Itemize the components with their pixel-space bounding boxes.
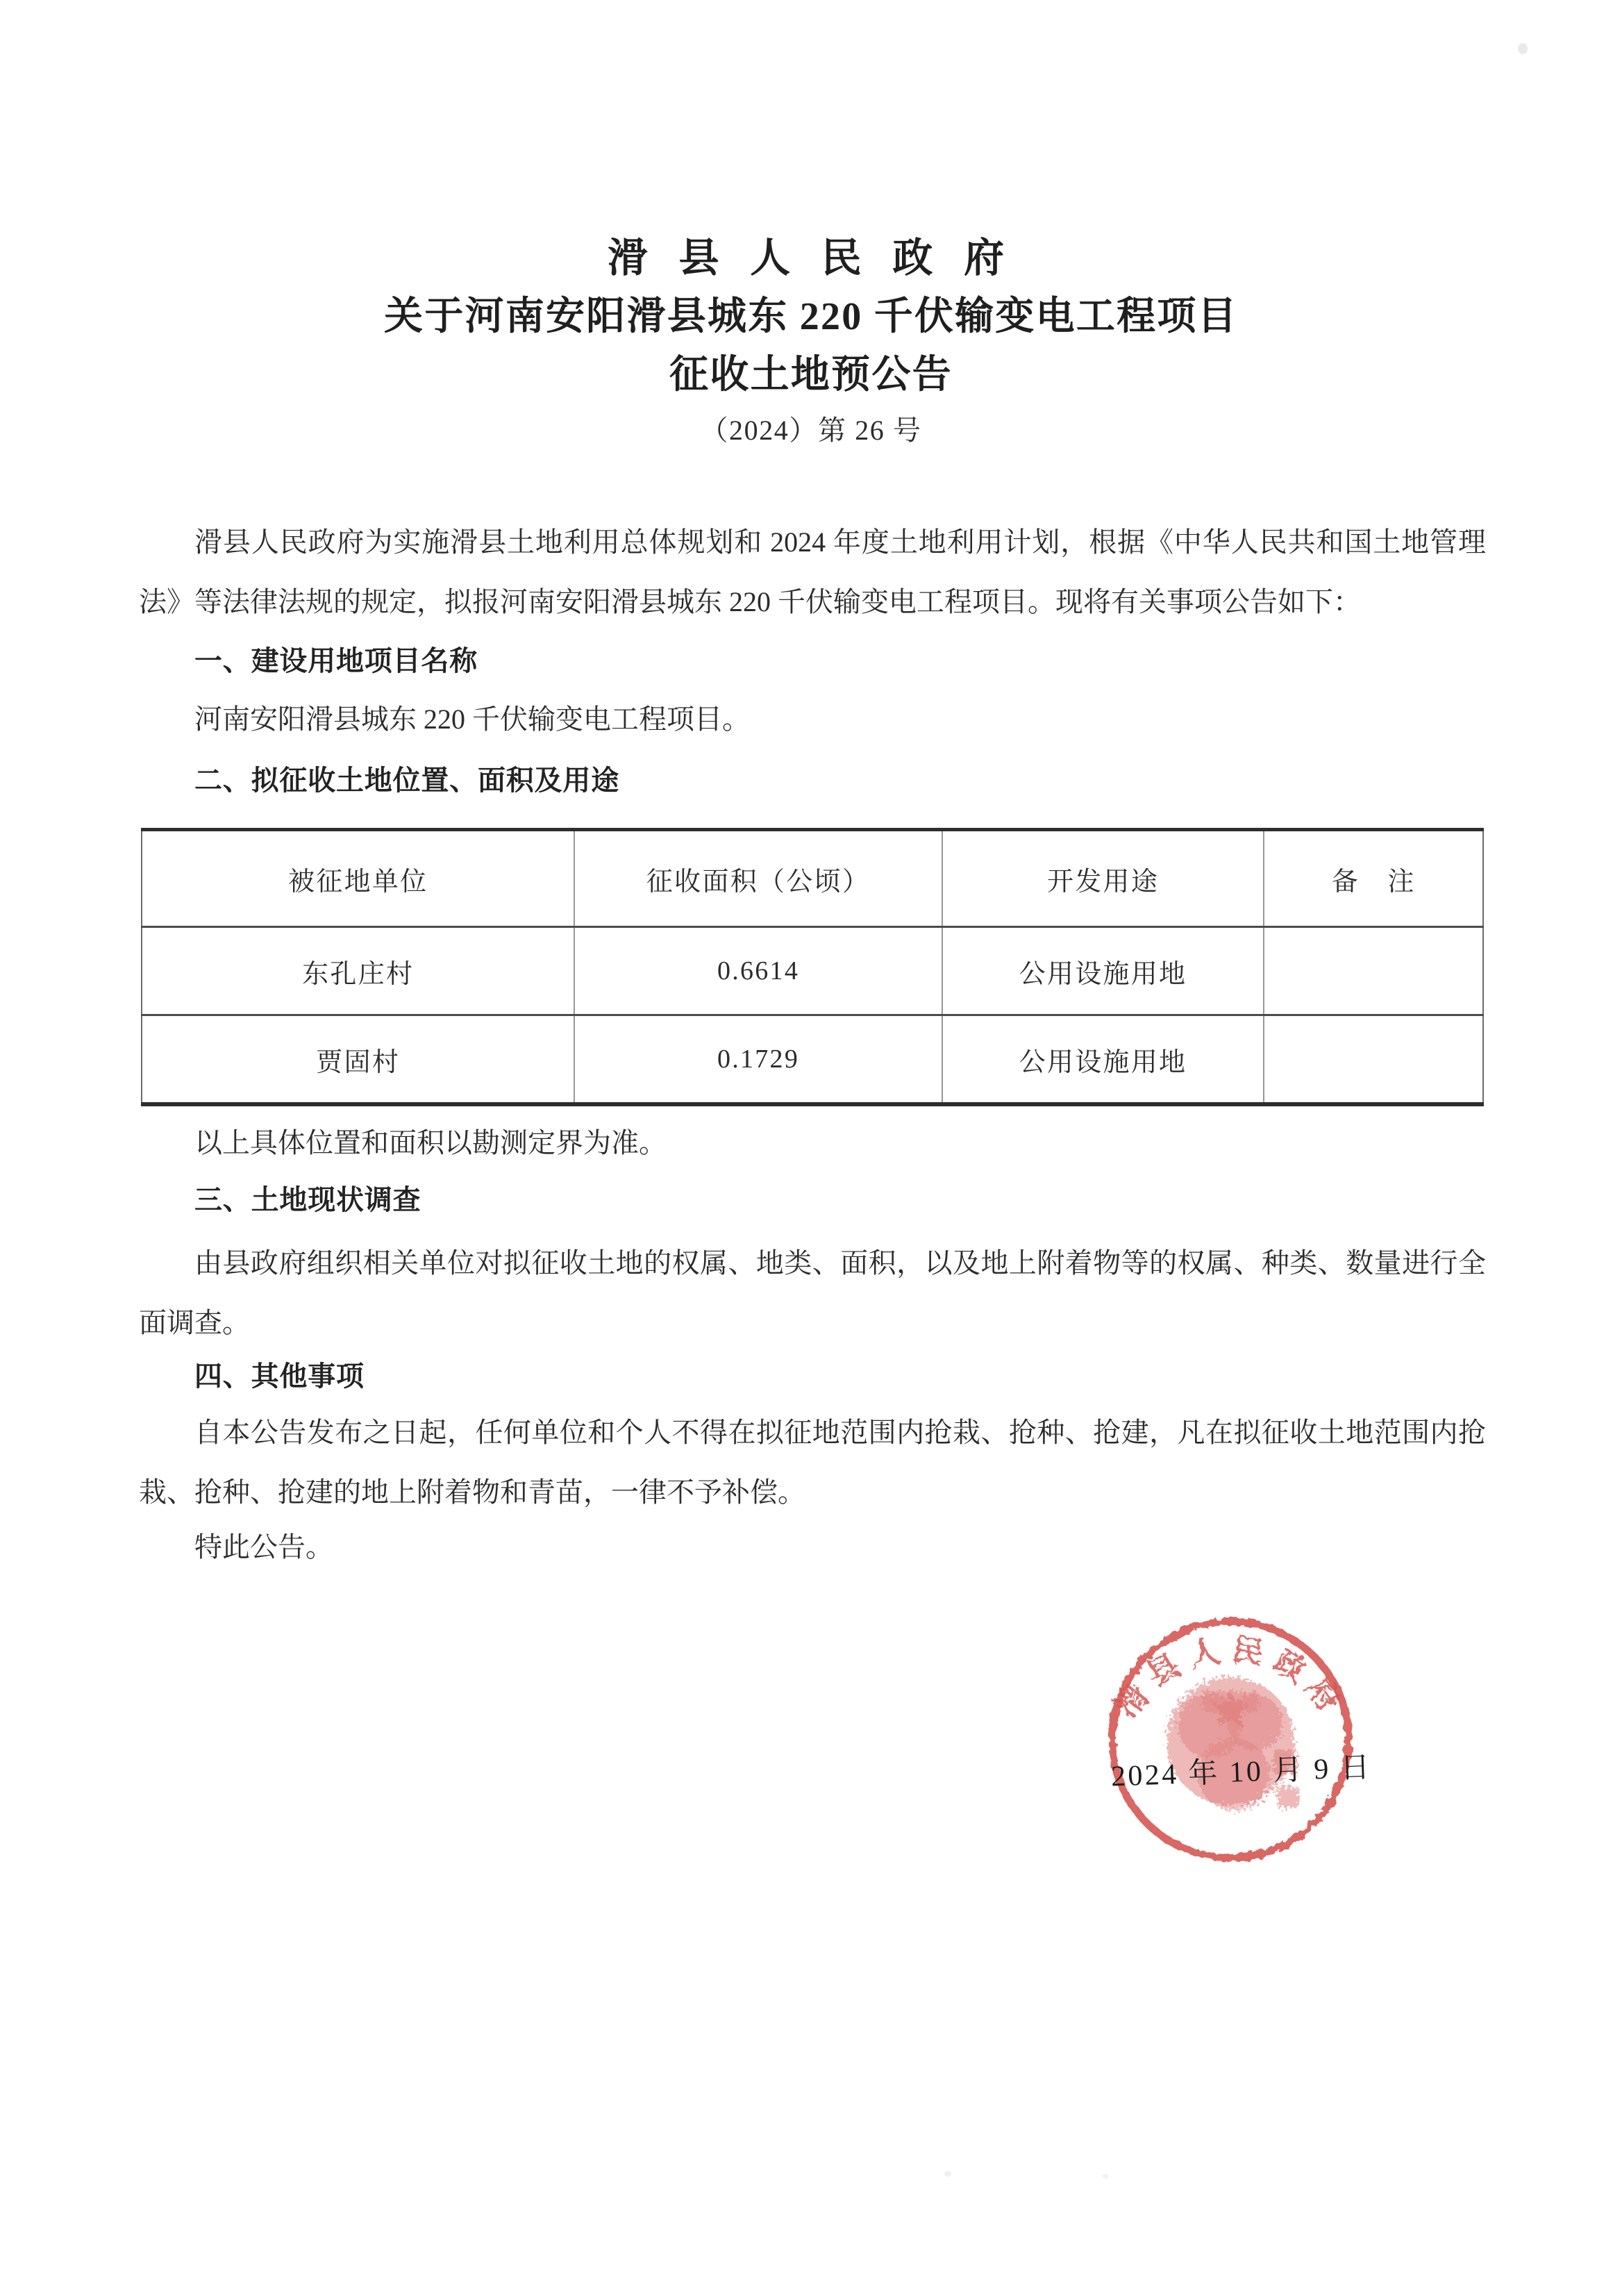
section-1-body: 河南安阳滑县城东 220 千伏输变电工程项目。 [139,700,1486,739]
table-note: 以上具体位置和面积以勘测定界为准。 [139,1124,1486,1163]
header-cell-unit: 被征地单位 [142,830,574,927]
document-title-block: 滑 县 人 民 政 府 关于河南安阳滑县城东 220 千伏输变电工程项目 征收土… [0,229,1622,404]
title-line-government: 滑 县 人 民 政 府 [0,229,1622,288]
table-row: 东孔庄村 0.6614 公用设施用地 [142,927,1483,1015]
scan-speck [1103,2174,1108,2179]
cell-usage: 公用设施用地 [942,927,1264,1015]
section-1-heading: 一、建设用地项目名称 [139,642,1486,681]
header-cell-area: 征收面积（公顷） [574,830,942,927]
cell-village: 贾固村 [142,1015,574,1105]
section-2-heading: 二、拟征收土地位置、面积及用途 [139,761,1486,800]
closing-statement: 特此公告。 [139,1528,1486,1567]
cell-remarks [1264,1015,1483,1105]
intro-paragraph: 滑县人民政府为实施滑县土地利用总体规划和 2024 年度土地利用计划，根据《中华… [139,513,1486,632]
cell-area: 0.6614 [574,927,942,1015]
seal-graphic: 滑县人民政府 [1108,1622,1352,1858]
cell-usage: 公用设施用地 [942,1015,1264,1105]
section-4-body: 自本公告发布之日起，任何单位和个人不得在拟征地范围内抢栽、抢种、抢建，凡在拟征收… [139,1403,1486,1522]
title-line-notice: 征收土地预公告 [0,346,1622,404]
scan-speck [1518,43,1528,54]
document-page: 滑 县 人 民 政 府 关于河南安阳滑县城东 220 千伏输变电工程项目 征收土… [0,0,1622,2296]
scan-speck [944,2171,951,2177]
section-3-heading: 三、土地现状调查 [139,1181,1486,1220]
cell-village: 东孔庄村 [142,927,574,1015]
cell-remarks [1264,927,1483,1015]
title-line-project: 关于河南安阳滑县城东 220 千伏输变电工程项目 [0,288,1622,346]
section-4-heading: 四、其他事项 [139,1357,1486,1396]
document-number: （2024）第 26 号 [0,415,1622,446]
official-seal: 滑县人民政府 [1098,1608,1362,1872]
land-acquisition-table: 被征地单位 征收面积（公顷） 开发用途 备 注 东孔庄村 0.6614 公用设施… [141,828,1484,1106]
table-row: 贾固村 0.1729 公用设施用地 [142,1015,1483,1105]
table-header-row: 被征地单位 征收面积（公顷） 开发用途 备 注 [142,830,1483,927]
header-cell-remarks: 备 注 [1264,830,1483,927]
header-cell-usage: 开发用途 [942,830,1264,927]
section-3-body: 由县政府组织相关单位对拟征收土地的权属、地类、面积，以及地上附着物等的权属、种类… [139,1233,1486,1353]
cell-area: 0.1729 [574,1015,942,1105]
